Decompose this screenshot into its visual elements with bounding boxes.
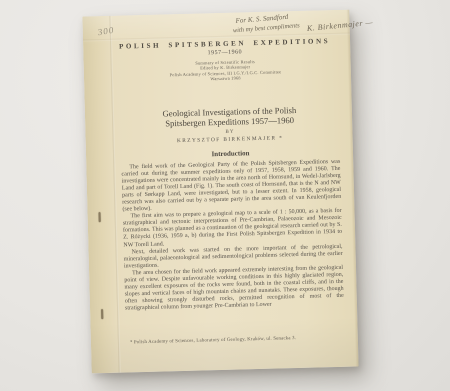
photo-background: 300 For K. S. Sandford with my best comp… <box>0 0 450 391</box>
section-heading-introduction: Introduction <box>121 147 340 161</box>
paragraph: The area chosen for the field work appea… <box>124 265 344 313</box>
staple-top <box>99 212 101 222</box>
page-right-edge <box>346 10 358 367</box>
staple-bottom <box>101 309 103 319</box>
introduction-body: The field work of the Geological Party o… <box>121 159 344 313</box>
paragraph: The field work of the Geological Party o… <box>121 159 341 214</box>
pencil-annotation: 300 <box>97 25 115 38</box>
footnote: * Polish Academy of Sciences, Laboratory… <box>130 335 342 346</box>
article-title: Geological Investigations of the Polish … <box>120 105 339 130</box>
paragraph: The first aim was to prepare a geologica… <box>123 208 343 249</box>
booklet-cover-page: 300 For K. S. Sandford with my best comp… <box>82 10 358 374</box>
handwritten-signature: K. Birkenmajer — <box>306 18 373 33</box>
imprint-block: Summary of Scientific Results Edited by … <box>108 57 343 85</box>
